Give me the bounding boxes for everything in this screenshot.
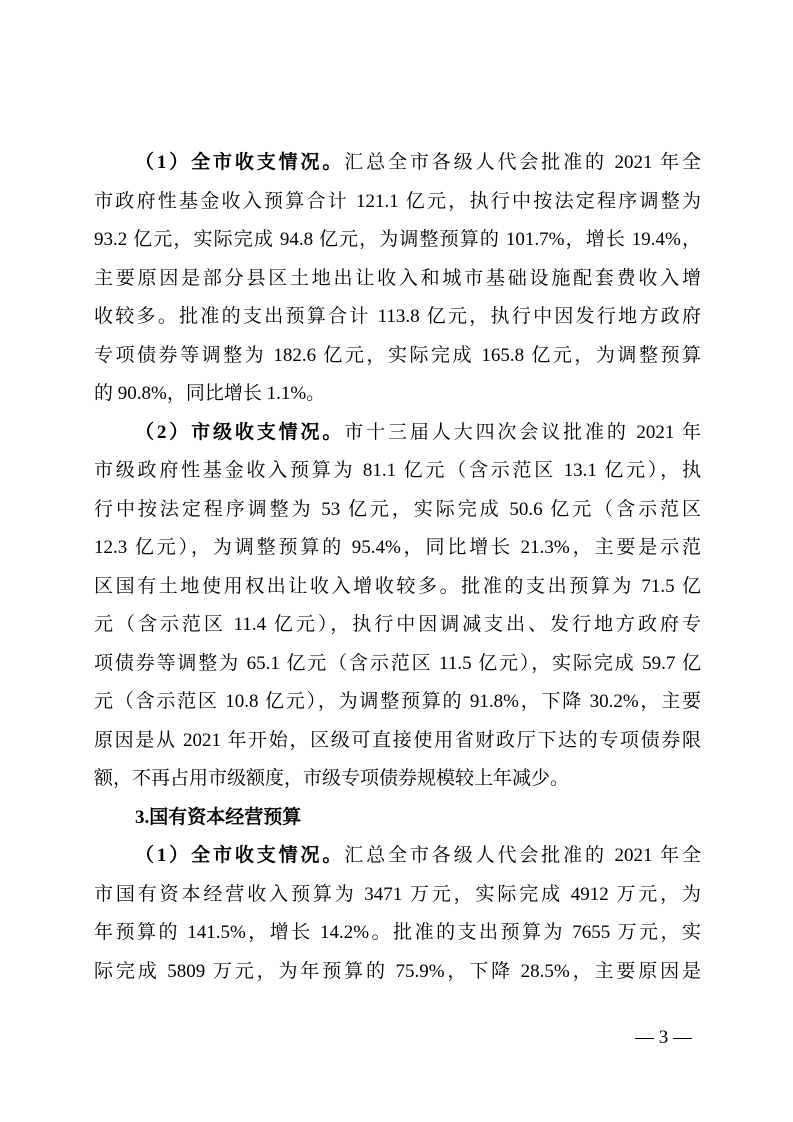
text-line: 项债券等调整为 65.1 亿元（含示范区 11.5 亿元），实际完成 59.7 …	[94, 645, 701, 684]
text-run: 市十三届人大四次会议批准的 2021 年	[344, 422, 701, 443]
document-page: （1）全市收支情况。汇总全市各级人代会批准的 2021 年全 市政府性基金收入预…	[0, 0, 793, 1122]
text-line: 专项债券等调整为 182.6 亿元，实际完成 165.8 亿元，为调整预算	[94, 337, 701, 376]
paragraph-lead: （2）市级收支情况。	[135, 422, 344, 443]
text-run: 汇总全市各级人代会批准的 2021 年全	[344, 152, 701, 173]
document-body: （1）全市收支情况。汇总全市各级人代会批准的 2021 年全 市政府性基金收入预…	[94, 144, 701, 991]
text-line: 市国有资本经营收入预算为 3471 万元，实际完成 4912 万元，为	[94, 876, 701, 915]
paragraph-lead: （1）全市收支情况。	[135, 845, 344, 866]
paragraph-lead: （1）全市收支情况。	[135, 152, 344, 173]
text-line: 93.2 亿元，实际完成 94.8 亿元，为调整预算的 101.7%，增长 19…	[94, 221, 701, 260]
text-line: 元（含示范区 10.8 亿元），为调整预算的 91.8%，下降 30.2%，主要	[94, 683, 701, 722]
text-line: 际完成 5809 万元，为年预算的 75.9%，下降 28.5%，主要原因是	[94, 953, 701, 992]
text-line: 收较多。批准的支出预算合计 113.8 亿元，执行中因发行地方政府	[94, 298, 701, 337]
text-line: 12.3 亿元），为调整预算的 95.4%，同比增长 21.3%，主要是示范	[94, 529, 701, 568]
text-run: 汇总全市各级人代会批准的 2021 年全	[344, 845, 701, 866]
text-line: 元（含示范区 11.4 亿元），执行中因调减支出、发行地方政府专	[94, 606, 701, 645]
text-line: 原因是从 2021 年开始，区级可直接使用省财政厅下达的专项债券限	[94, 722, 701, 761]
page-number: — 3 —	[635, 1023, 692, 1053]
text-line: 额，不再占用市级额度，市级专项债券规模较上年减少。	[94, 760, 701, 799]
text-line: 区国有土地使用权出让收入增收较多。批准的支出预算为 71.5 亿	[94, 568, 701, 607]
text-line: 行中按法定程序调整为 53 亿元，实际完成 50.6 亿元（含示范区	[94, 491, 701, 530]
text-line: （1）全市收支情况。汇总全市各级人代会批准的 2021 年全	[94, 144, 701, 183]
text-line: 市级政府性基金收入预算为 81.1 亿元（含示范区 13.1 亿元），执	[94, 452, 701, 491]
text-line: （2）市级收支情况。市十三届人大四次会议批准的 2021 年	[94, 414, 701, 453]
text-line: 市政府性基金收入预算合计 121.1 亿元，执行中按法定程序调整为	[94, 183, 701, 222]
text-line: 的 90.8%，同比增长 1.1%。	[94, 375, 701, 414]
text-line: （1）全市收支情况。汇总全市各级人代会批准的 2021 年全	[94, 837, 701, 876]
text-line: 主要原因是部分县区土地出让收入和城市基础设施配套费收入增	[94, 260, 701, 299]
section-heading: 3.国有资本经营预算	[94, 799, 701, 838]
text-line: 年预算的 141.5%，增长 14.2%。批准的支出预算为 7655 万元，实	[94, 914, 701, 953]
